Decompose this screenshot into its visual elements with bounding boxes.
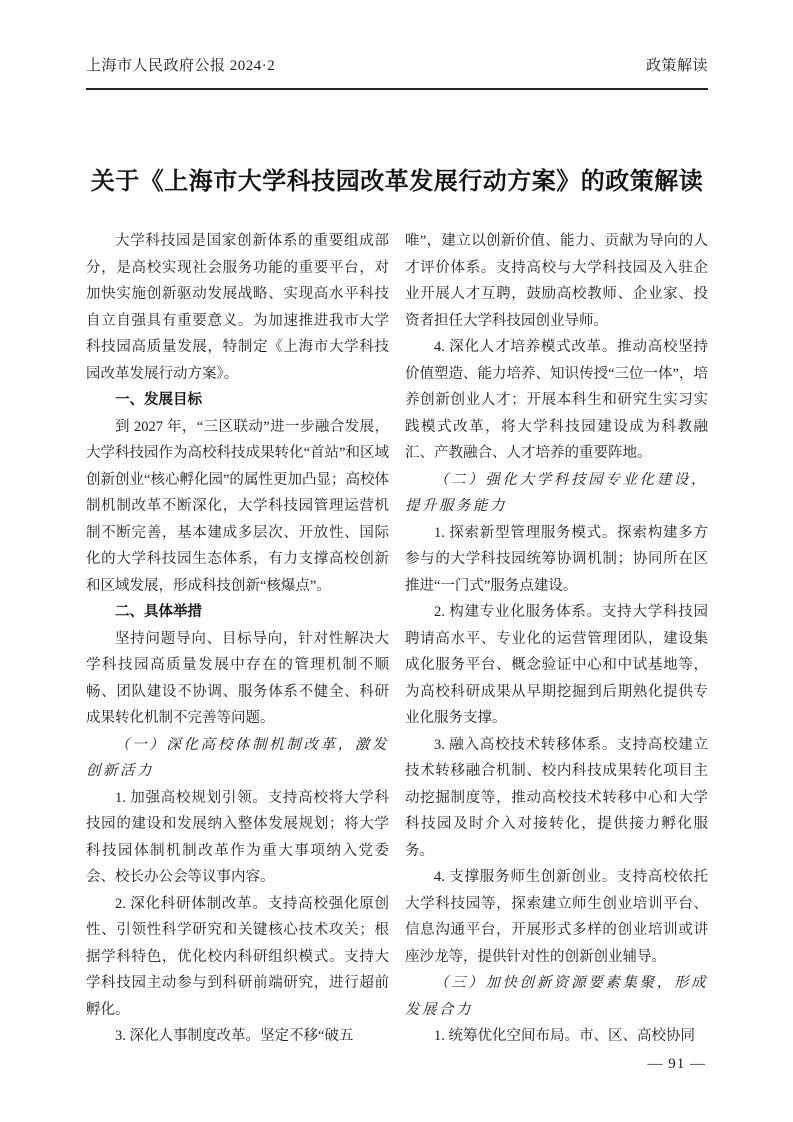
paragraph-item-2: 2. 深化科研体制改革。支持高校强化原创性、引领性科学研究和关键核心技术攻关；根… <box>86 891 389 1024</box>
paragraph-intro: 大学科技园是国家创新体系的重要组成部分，是高校实现社会服务功能的重要平台，对加快… <box>86 228 389 387</box>
paragraph-item-2-4: 4. 支撑服务师生创新创业。支持高校依托大学科技园等，探索建立师生创业培训平台、… <box>405 864 708 970</box>
subsection-heading-1: （一）深化高校体制机制改革，激发创新活力 <box>86 732 389 785</box>
section-label: 政策解读 <box>646 57 708 75</box>
page-number: — 91 — <box>86 1054 708 1074</box>
gazette-page: 上海市人民政府公报 2024·2 政策解读 关于《上海市大学科技园改革发展行动方… <box>0 0 793 1122</box>
paragraph-item-3-cont: 唯”，建立以创新价值、能力、贡献为导向的人才评价体系。支持高校与大学科技园及入驻… <box>405 228 708 334</box>
paragraph-item-4: 4. 深化人才培养模式改革。推动高校坚持价值塑造、能力培养、知识传授“三位一体”… <box>405 334 708 467</box>
journal-title: 上海市人民政府公报 2024·2 <box>86 57 275 75</box>
article-body: 大学科技园是国家创新体系的重要组成部分，是高校实现社会服务功能的重要平台，对加快… <box>86 228 708 1050</box>
subsection-heading-2: （二）强化大学科技园专业化建设，提升服务能力 <box>405 467 708 520</box>
running-head: 上海市人民政府公报 2024·2 政策解读 <box>86 57 708 90</box>
paragraph-item-1: 1. 加强高校规划引领。支持高校将大学科技园的建设和发展纳入整体发展规划；将大学… <box>86 785 389 891</box>
paragraph-item-3-1: 1. 统筹优化空间布局。市、区、高校协同 <box>405 1023 708 1050</box>
paragraph-measures: 坚持问题导向、目标导向，针对性解决大学科技园高质量发展中存在的管理机制不顺畅、团… <box>86 626 389 732</box>
left-column: 大学科技园是国家创新体系的重要组成部分，是高校实现社会服务功能的重要平台，对加快… <box>86 228 389 1050</box>
paragraph-item-2-2: 2. 构建专业化服务体系。支持大学科技园聘请高水平、专业化的运营管理团队，建设集… <box>405 599 708 732</box>
subsection-heading-3: （三）加快创新资源要素集聚，形成发展合力 <box>405 970 708 1023</box>
article-title: 关于《上海市大学科技园改革发展行动方案》的政策解读 <box>86 166 708 198</box>
section-heading-1: 一、发展目标 <box>86 387 389 414</box>
paragraph-item-2-3: 3. 融入高校技术转移体系。支持高校建立技术转移融合机制、校内科技成果转化项目主… <box>405 732 708 865</box>
paragraph-goals: 到 2027 年，“三区联动”进一步融合发展，大学科技园作为高校科技成果转化“首… <box>86 414 389 600</box>
right-column: 唯”，建立以创新价值、能力、贡献为导向的人才评价体系。支持高校与大学科技园及入驻… <box>405 228 708 1050</box>
section-heading-2: 二、具体举措 <box>86 599 389 626</box>
paragraph-item-3-start: 3. 深化人事制度改革。坚定不移“破五 <box>86 1023 389 1050</box>
paragraph-item-2-1: 1. 探索新型管理服务模式。探索构建多方参与的大学科技园统筹协调机制；协同所在区… <box>405 520 708 600</box>
